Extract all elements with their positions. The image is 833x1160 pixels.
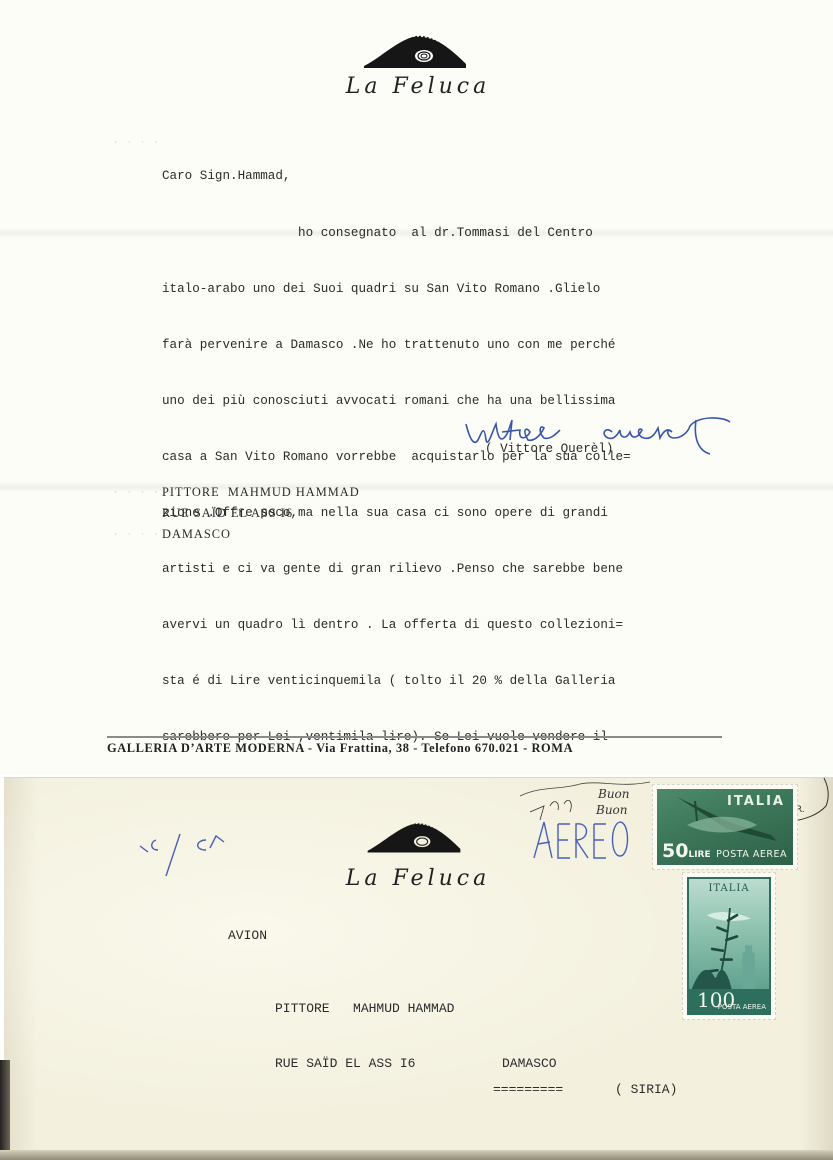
body-line: ho consegnato al dr.Tommasi del Centro [162, 224, 782, 243]
body-line: avervi un quadro lì dentro . La offerta … [162, 616, 782, 635]
postage-stamp-100-lire: ITALIA 100 POSTA AEREA [682, 872, 776, 1020]
body-line: artisti e ci va gente di gran rilievo .P… [162, 560, 782, 579]
greeting: Caro Sign.Hammad, [162, 167, 782, 186]
envelope-edge [0, 1060, 10, 1160]
recipient-name: PITTORE MAHMUD HAMMAD [162, 482, 360, 503]
recipient-name: PITTORE MAHMUD HAMMAD [275, 1001, 454, 1016]
stamp-country: ITALIA [727, 794, 785, 809]
tab-marks: · · · · [113, 138, 161, 147]
svg-text:Buon: Buon [597, 787, 630, 801]
body-line: uno dei più conosciuti avvocati romani c… [162, 392, 782, 411]
handwritten-note [136, 832, 236, 892]
stamp-value: 50LIRE [662, 840, 711, 862]
letterhead-footer: GALLERIA D’ARTE MODERNA - Via Frattina, … [107, 741, 727, 756]
brand-name: La Feluca [318, 866, 518, 891]
brand-name: La Feluca [318, 74, 518, 99]
bicorne-hat-icon [360, 30, 470, 74]
letter-sheet: La Feluca Caro Sign.Hammad, ho consegnat… [0, 0, 833, 775]
footer-divider [107, 736, 722, 738]
recipient-country: ( SIRIA) [615, 1082, 677, 1097]
postage-stamp-50-lire: ITALIA 50LIRE POSTA AEREA [652, 784, 798, 870]
handwritten-aereo [530, 812, 640, 862]
body-line: italo-arabo uno dei Suoi quadri su San V… [162, 280, 782, 299]
recipient-street: RUE SAÏD EL ASS I6 [275, 1056, 415, 1071]
olive-branch-tower-icon [689, 893, 769, 1003]
recipient-city: DAMASCO [502, 1056, 557, 1071]
body-line: farà pervenire a Damasco .Ne ho trattenu… [162, 336, 782, 355]
recipient-street: RUE SAÏD EL ASS I6 [162, 503, 360, 524]
service-label: AVION [228, 928, 267, 943]
recipient-address: PITTORE MAHMUD HAMMAD RUE SAÏD EL ASS I6… [162, 482, 360, 545]
stamp-label: POSTA AEREA [718, 1003, 766, 1011]
bicorne-hat-icon [364, 818, 464, 858]
body-line: sta é di Lire venticinquemila ( tolto il… [162, 672, 782, 691]
envelope-edge [0, 1150, 833, 1160]
city-underline: ========= [493, 1082, 563, 1097]
stamp-label: POSTA AEREA [716, 849, 787, 860]
recipient-city: DAMASCO [162, 524, 360, 545]
typed-signature: ( Vittore Querèl) [485, 442, 613, 456]
